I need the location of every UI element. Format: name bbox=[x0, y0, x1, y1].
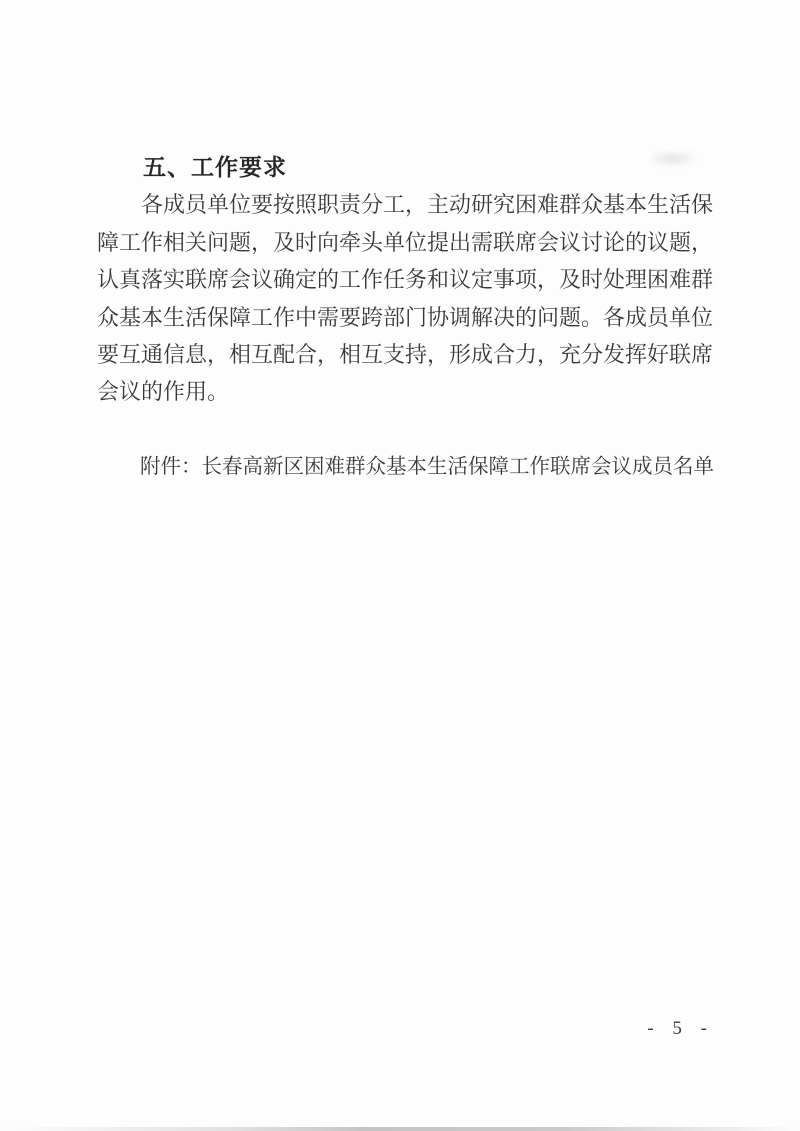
scan-bottom-edge-artifact bbox=[0, 1127, 800, 1131]
attachment-reference-line: 附件：长春高新区困难群众基本生活保障工作联席会议成员名单 bbox=[97, 449, 708, 486]
page-number: - 5 - bbox=[647, 1018, 714, 1040]
section-heading: 五、工作要求 bbox=[97, 149, 708, 186]
document-body: 五、工作要求 各成员单位要按照职责分工，主动研究困难群众基本生活保 障工作相关问… bbox=[97, 149, 708, 487]
body-text-line: 要互通信息，相互配合，相互支持，形成合力，充分发挥好联席 bbox=[97, 336, 708, 373]
body-text-line: 各成员单位要按照职责分工，主动研究困难群众基本生活保 bbox=[97, 186, 708, 223]
scanned-document-page: 五、工作要求 各成员单位要按照职责分工，主动研究困难群众基本生活保 障工作相关问… bbox=[0, 0, 800, 1131]
body-text-line: 障工作相关问题，及时向牵头单位提出需联席会议讨论的议题， bbox=[97, 224, 708, 261]
body-text-line: 会议的作用。 bbox=[97, 373, 708, 410]
section-heading-text: 五、工作要求 bbox=[143, 154, 287, 180]
body-text-line: 众基本生活保障工作中需要跨部门协调解决的问题。各成员单位 bbox=[97, 299, 708, 336]
body-text-line: 认真落实联席会议确定的工作任务和议定事项，及时处理困难群 bbox=[97, 261, 708, 298]
